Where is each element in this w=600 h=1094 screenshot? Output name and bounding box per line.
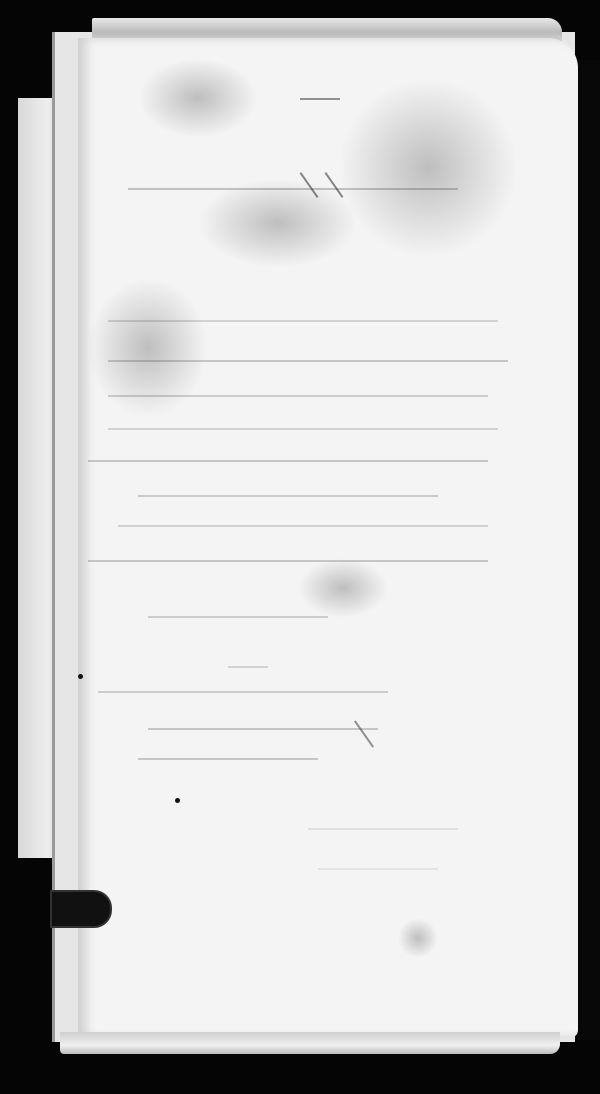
manuscript-page (78, 38, 578, 1038)
stain (398, 918, 438, 958)
scan-border (578, 60, 600, 1040)
stain (298, 558, 388, 618)
ink-dot (175, 798, 180, 803)
page-number-mark (300, 98, 340, 100)
stain (198, 178, 358, 268)
ink-dot (78, 674, 83, 679)
stain (88, 278, 208, 418)
faint-mark (318, 868, 438, 870)
binding-clip (50, 890, 112, 928)
page-bottom-edge (60, 1032, 560, 1054)
stain (338, 78, 518, 258)
stain (138, 58, 258, 138)
faint-mark (308, 828, 458, 830)
